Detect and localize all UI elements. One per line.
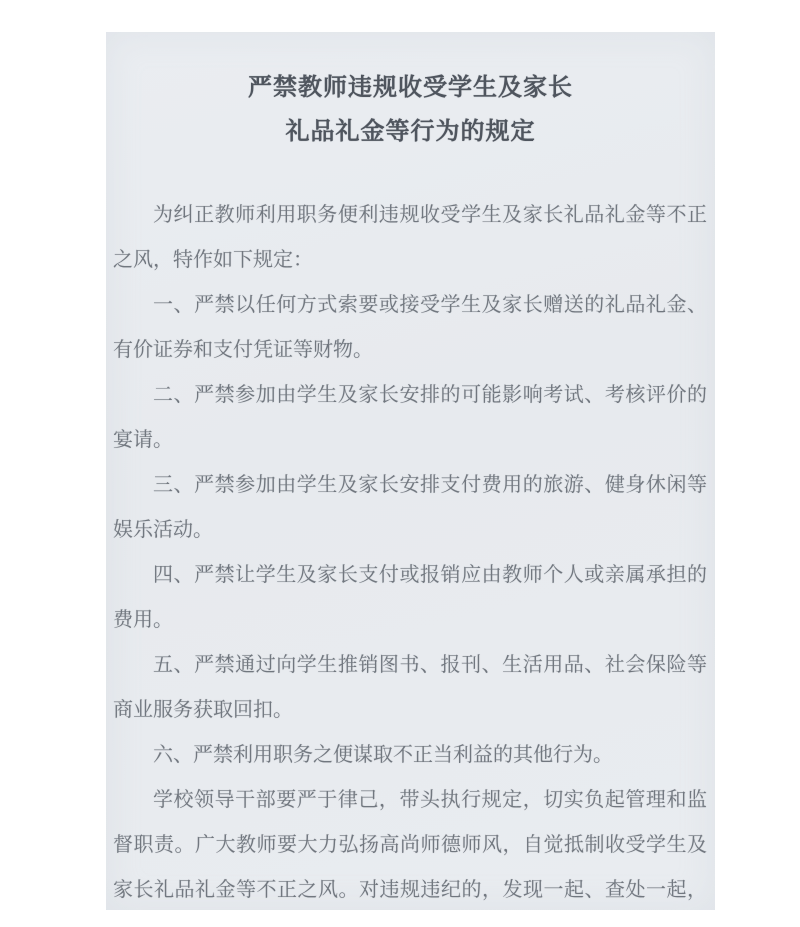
text-line: 六、严禁利用职务之便谋取不正当利益的其他行为。 (113, 733, 707, 778)
text-line: 一、严禁以任何方式索要或接受学生及家长赠送的礼品礼金、 (113, 283, 707, 328)
text-line: 为纠正教师利用职务便利违规收受学生及家长礼品礼金等不正 (113, 193, 707, 238)
document-body: 为纠正教师利用职务便利违规收受学生及家长礼品礼金等不正之风，特作如下规定：一、严… (113, 193, 707, 913)
text-line: 娱乐活动。 (113, 508, 707, 553)
document-paper: 严禁教师违规收受学生及家长 礼品礼金等行为的规定 为纠正教师利用职务便利违规收受… (106, 32, 715, 910)
title-line: 严禁教师违规收受学生及家长 (106, 66, 715, 110)
text-line: 商业服务获取回扣。 (113, 688, 707, 733)
page-background: 严禁教师违规收受学生及家长 礼品礼金等行为的规定 为纠正教师利用职务便利违规收受… (0, 0, 800, 927)
text-line: 督职责。广大教师要大力弘扬高尚师德师风，自觉抵制收受学生及 (113, 823, 707, 868)
document-title: 严禁教师违规收受学生及家长 礼品礼金等行为的规定 (106, 66, 715, 154)
text-line: 四、严禁让学生及家长支付或报销应由教师个人或亲属承担的 (113, 553, 707, 598)
text-line: 有价证券和支付凭证等财物。 (113, 328, 707, 373)
text-line: 费用。 (113, 598, 707, 643)
text-line: 之风，特作如下规定： (113, 238, 707, 283)
text-line: 学校领导干部要严于律己，带头执行规定，切实负起管理和监 (113, 778, 707, 823)
title-line: 礼品礼金等行为的规定 (106, 110, 715, 154)
text-line: 宴请。 (113, 418, 707, 463)
text-line: 五、严禁通过向学生推销图书、报刊、生活用品、社会保险等 (113, 643, 707, 688)
text-line: 二、严禁参加由学生及家长安排的可能影响考试、考核评价的 (113, 373, 707, 418)
text-line: 家长礼品礼金等不正之风。对违规违纪的，发现一起、查处一起， (113, 868, 707, 913)
text-line: 三、严禁参加由学生及家长安排支付费用的旅游、健身休闲等 (113, 463, 707, 508)
